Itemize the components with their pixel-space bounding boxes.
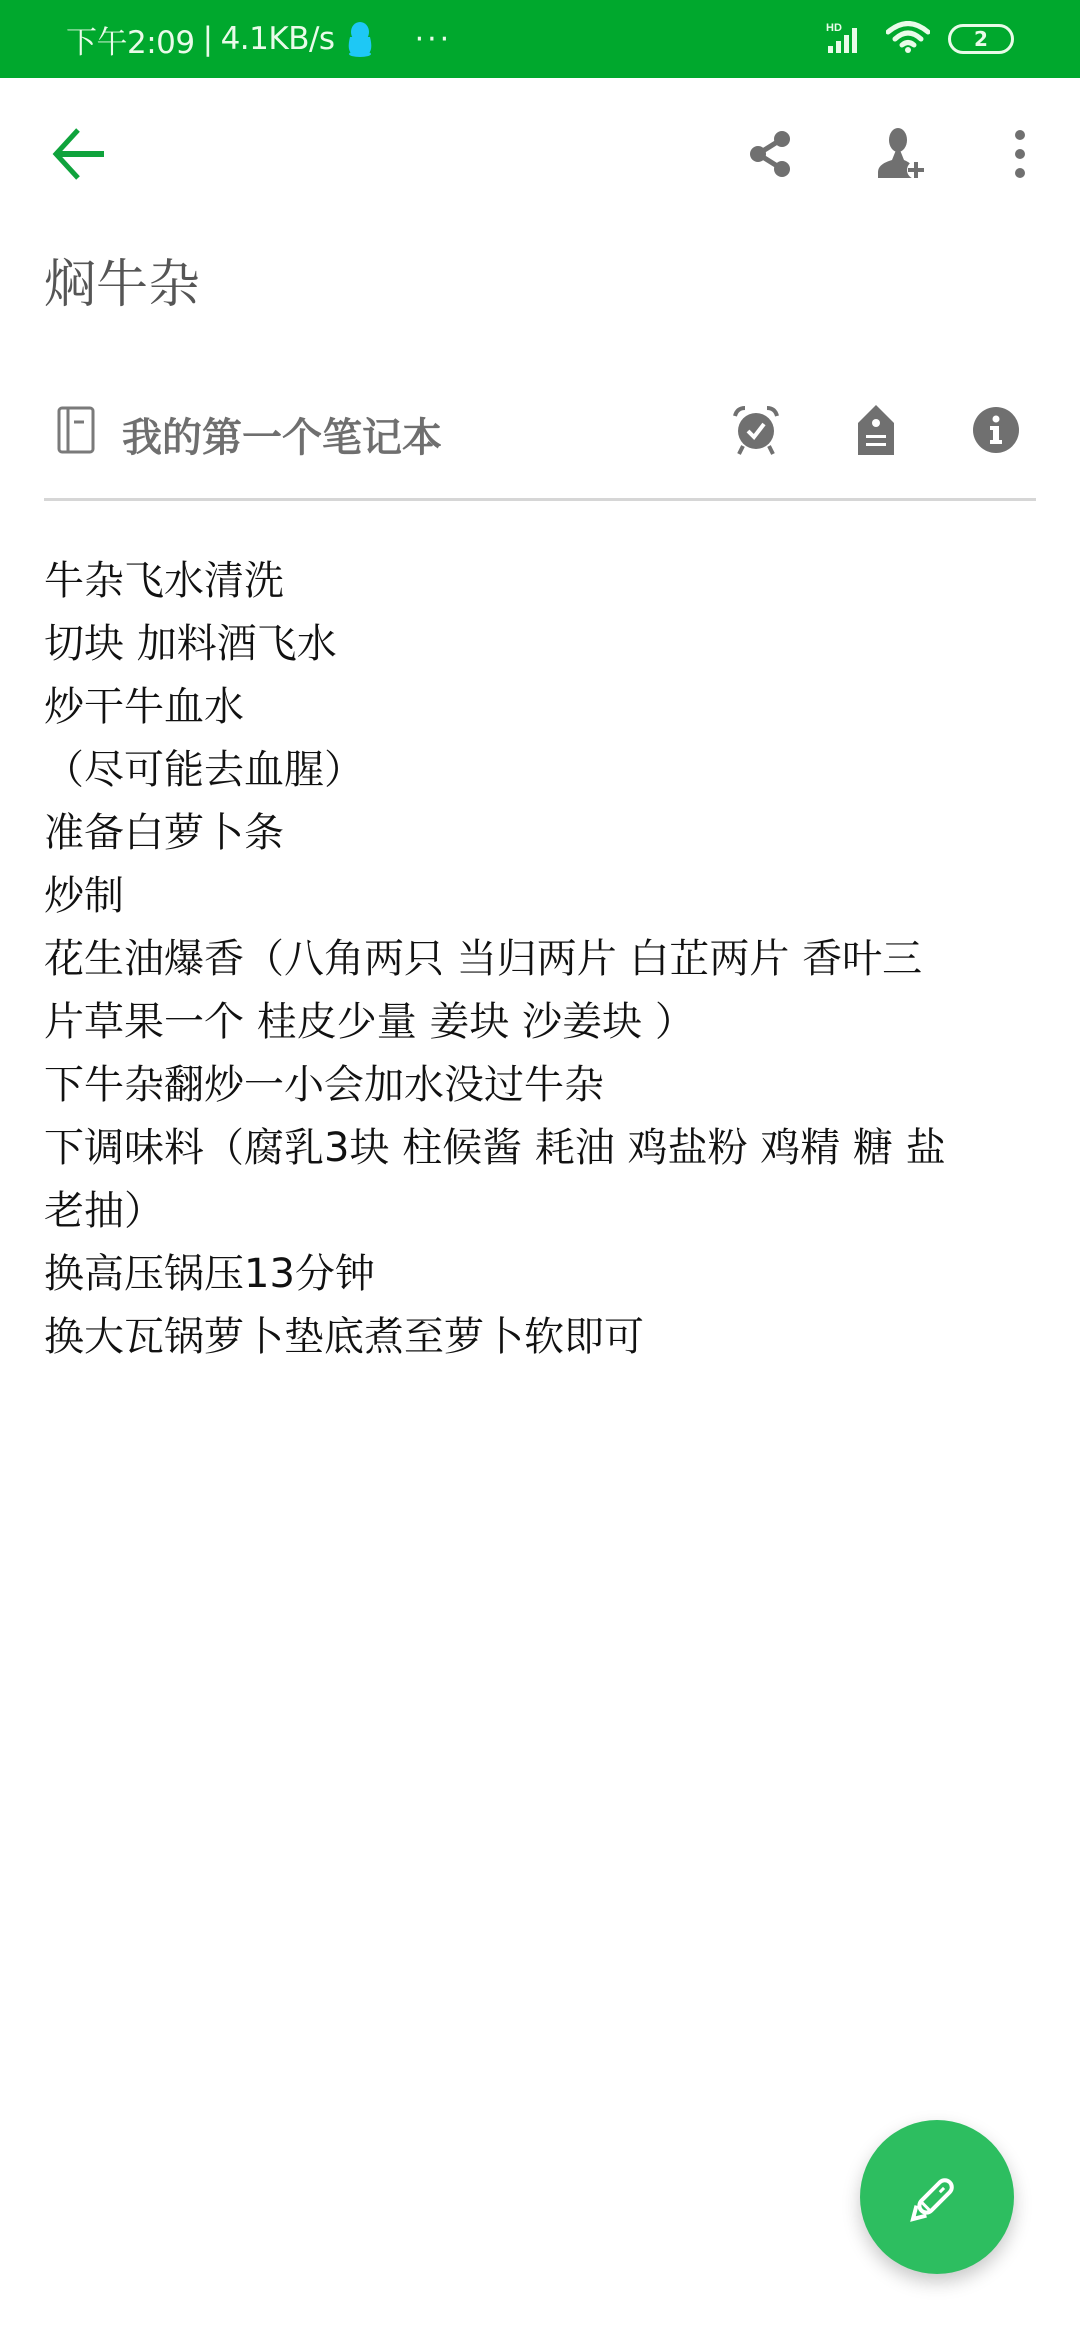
svg-text:HD: HD [826, 22, 842, 34]
status-time: 下午2:09 [66, 17, 195, 62]
share-icon [746, 129, 796, 183]
note-line: 花生油爆香（八角两只 当归两片 白芷两片 香叶三 [44, 928, 1044, 991]
note-title[interactable]: 焖牛杂 [44, 242, 200, 317]
alarm-check-icon [731, 404, 781, 460]
status-right: HD 2 [826, 0, 1014, 78]
note-line: 炒干牛血水 [44, 676, 1044, 739]
note-line: 换大瓦锅萝卜垫底煮至萝卜软即可 [44, 1306, 1044, 1369]
divider [44, 498, 1036, 501]
add-person-button[interactable] [862, 116, 942, 196]
note-line: 片草果一个 桂皮少量 姜块 沙姜块 ） [44, 991, 1044, 1054]
back-button[interactable] [38, 116, 118, 196]
tag-icon [856, 403, 896, 461]
battery-icon: 2 [948, 24, 1014, 54]
info-icon [972, 406, 1020, 458]
note-line: 下牛杂翻炒一小会加水没过牛杂 [44, 1054, 1044, 1117]
more-options-button[interactable] [980, 116, 1060, 196]
edit-note-button[interactable] [860, 2120, 1014, 2274]
status-left: 下午2:09 | 4.1KB/s ··· [66, 0, 452, 78]
more-vertical-icon [1010, 129, 1030, 183]
notebook-icon [56, 405, 96, 459]
note-line: 炒制 [44, 865, 1044, 928]
qq-penguin-icon [345, 21, 375, 57]
status-bar: 下午2:09 | 4.1KB/s ··· HD [0, 0, 1080, 78]
pencil-icon [905, 2163, 969, 2231]
notebook-row: 我的第一个笔记本 [44, 392, 1036, 472]
signal-icon: HD [826, 20, 868, 58]
arrow-left-icon [48, 124, 108, 188]
note-line: 换高压锅压13分钟 [44, 1243, 1044, 1306]
reminder-button[interactable] [716, 392, 796, 472]
toolbar [0, 78, 1080, 234]
info-button[interactable] [956, 392, 1036, 472]
note-line: 下调味料（腐乳3块 柱候酱 耗油 鸡盐粉 鸡精 糖 盐 [44, 1117, 1044, 1180]
note-body[interactable]: 牛杂飞水清洗 切块 加料酒飞水 炒干牛血水 （尽可能去血腥） 准备白萝卜条 炒制… [44, 550, 1044, 1369]
network-speed: 4.1KB/s [221, 21, 335, 57]
more-notifications-icon: ··· [415, 22, 453, 57]
tag-button[interactable] [836, 392, 916, 472]
note-line: （尽可能去血腥） [44, 739, 1044, 802]
note-line: 准备白萝卜条 [44, 802, 1044, 865]
add-person-icon [874, 126, 930, 186]
notebook-name[interactable]: 我的第一个笔记本 [122, 406, 442, 463]
battery-level: 2 [974, 27, 988, 51]
note-line: 老抽） [44, 1180, 1044, 1243]
note-line: 牛杂飞水清洗 [44, 550, 1044, 613]
note-line: 切块 加料酒飞水 [44, 613, 1044, 676]
notebook-selector[interactable] [36, 392, 116, 472]
share-button[interactable] [731, 116, 811, 196]
wifi-icon [886, 21, 930, 57]
status-separator: | [203, 21, 213, 57]
